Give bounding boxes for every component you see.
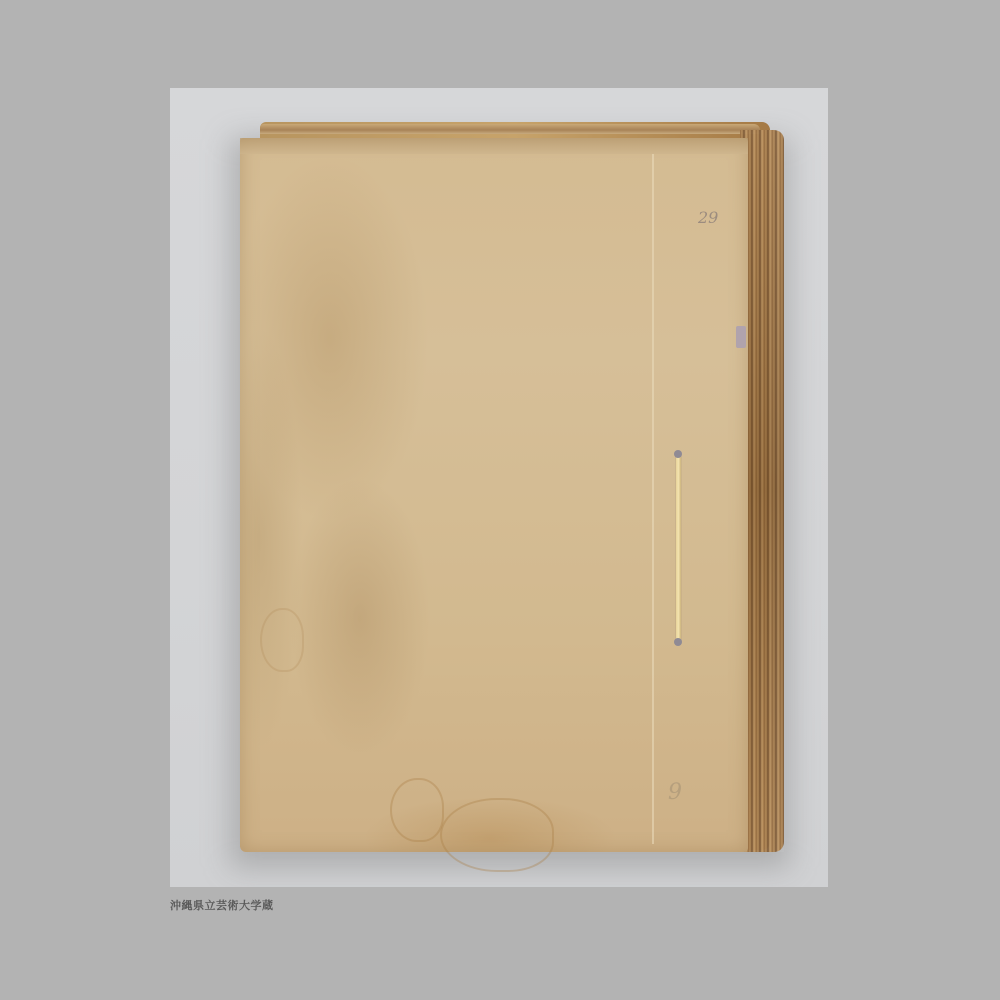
binding-knot-bottom bbox=[674, 638, 682, 646]
cover-fold-line bbox=[652, 154, 654, 844]
pencil-number-top: 29 bbox=[698, 208, 718, 227]
pencil-number-bottom: 9 bbox=[668, 780, 682, 805]
collection-credit-caption: 沖縄県立芸術大学蔵 bbox=[170, 897, 274, 913]
notebook-cover: 29 9 bbox=[240, 138, 748, 852]
binding-thread bbox=[676, 454, 681, 644]
binding-knot-top bbox=[674, 450, 682, 458]
water-stain bbox=[390, 778, 444, 842]
notebook-top-edge bbox=[260, 124, 760, 134]
cover-top-discoloration bbox=[240, 138, 748, 154]
water-stain bbox=[440, 798, 554, 872]
water-stain bbox=[260, 608, 304, 672]
page-tab-marker bbox=[736, 326, 746, 348]
artifact-photo: 29 9 bbox=[170, 88, 828, 887]
